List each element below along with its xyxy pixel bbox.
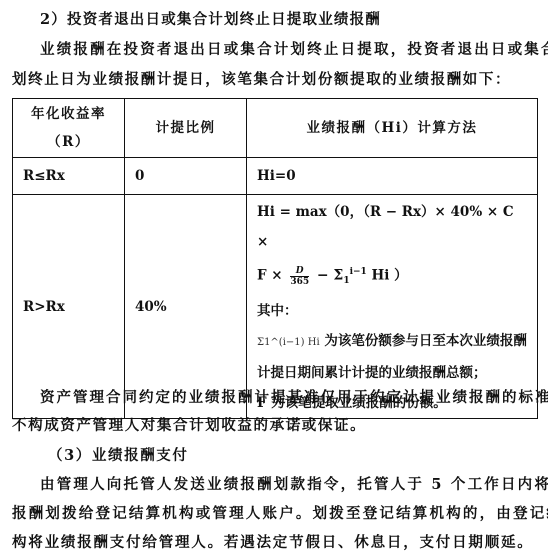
cell-method: Hi=0 xyxy=(247,158,538,195)
sum-upper-bound: i−1 xyxy=(350,267,367,277)
section-heading-withdrawal: 2）投资者退出日或集合计划终止日提取业绩报酬 xyxy=(40,8,381,29)
sum-note-line1: Σ1^(i−1) Hi 为该笔份额参与日至本次业绩报酬 xyxy=(257,326,527,358)
disclaimer-line1: 资产管理合同约定的业绩报酬计提基准仅用于约定计提业绩报酬的标准， xyxy=(40,386,548,407)
formula-line2: F × D 365 − Σ1i−1 Hi ） xyxy=(257,257,527,296)
table-row: R≤Rx 0 Hi=0 xyxy=(13,158,538,195)
header-calculation-method: 业绩报酬（Hi）计算方法 xyxy=(247,99,538,158)
sum-note-text: 为该笔份额参与日至本次业绩报酬 xyxy=(324,333,527,349)
fraction-denominator: 365 xyxy=(290,277,309,287)
fraction-numerator: D xyxy=(290,266,309,277)
payment-line2: 报酬划拨给登记结算机构或管理人账户。划拨至登记结算机构的，由登记结算机 xyxy=(12,502,548,523)
cell-rate: R≤Rx xyxy=(13,158,125,195)
sum-symbol: − Σ xyxy=(317,268,344,284)
cell-ratio: 0 xyxy=(125,158,247,195)
formula-block: Hi = max（0，（R − Rx）× 40% × C × F × D 365… xyxy=(257,195,527,418)
header-annual-return-label: 年化收益率 xyxy=(23,100,114,128)
payment-line3: 构将业绩报酬支付给管理人。若遇法定节假日、休息日，支付日期顺延。 xyxy=(12,531,534,552)
header-annual-return-symbol: （R） xyxy=(23,128,114,156)
disclaimer-line2: 不构成资产管理人对集合计划收益的承诺或保证。 xyxy=(12,414,366,435)
where-label: 其中： xyxy=(257,296,527,326)
sum-term: Hi ） xyxy=(372,268,408,284)
intro-paragraph-line1: 业绩报酬在投资者退出日或集合计划终止日提取，投资者退出日或集合计 xyxy=(40,38,548,59)
sum-lower-bound: 1 xyxy=(343,276,349,286)
header-accrual-ratio: 计提比例 xyxy=(125,99,247,158)
sum-note-symbol: Σ1^(i−1) Hi xyxy=(257,337,320,348)
formula-prefix: F × xyxy=(257,268,283,284)
sum-note-line2: 计提日期间累计计提的业绩报酬总额； xyxy=(257,358,527,388)
header-annual-return: 年化收益率 （R） xyxy=(13,99,125,158)
table-header-row: 年化收益率 （R） 计提比例 业绩报酬（Hi）计算方法 xyxy=(13,99,538,158)
payment-line1: 由管理人向托管人发送业绩报酬划款指令，托管人于 5 个工作日内将业绩 xyxy=(40,473,548,494)
performance-fee-table: 年化收益率 （R） 计提比例 业绩报酬（Hi）计算方法 R≤Rx 0 Hi=0 … xyxy=(12,98,538,419)
intro-paragraph-line2: 划终止日为业绩报酬计提日，该笔集合计划份额提取的业绩报酬如下： xyxy=(12,68,511,89)
formula-line1: Hi = max（0，（R − Rx）× 40% × C × xyxy=(257,197,527,257)
fraction: D 365 xyxy=(290,266,309,287)
section-heading-payment: （3）业绩报酬支付 xyxy=(48,444,189,465)
